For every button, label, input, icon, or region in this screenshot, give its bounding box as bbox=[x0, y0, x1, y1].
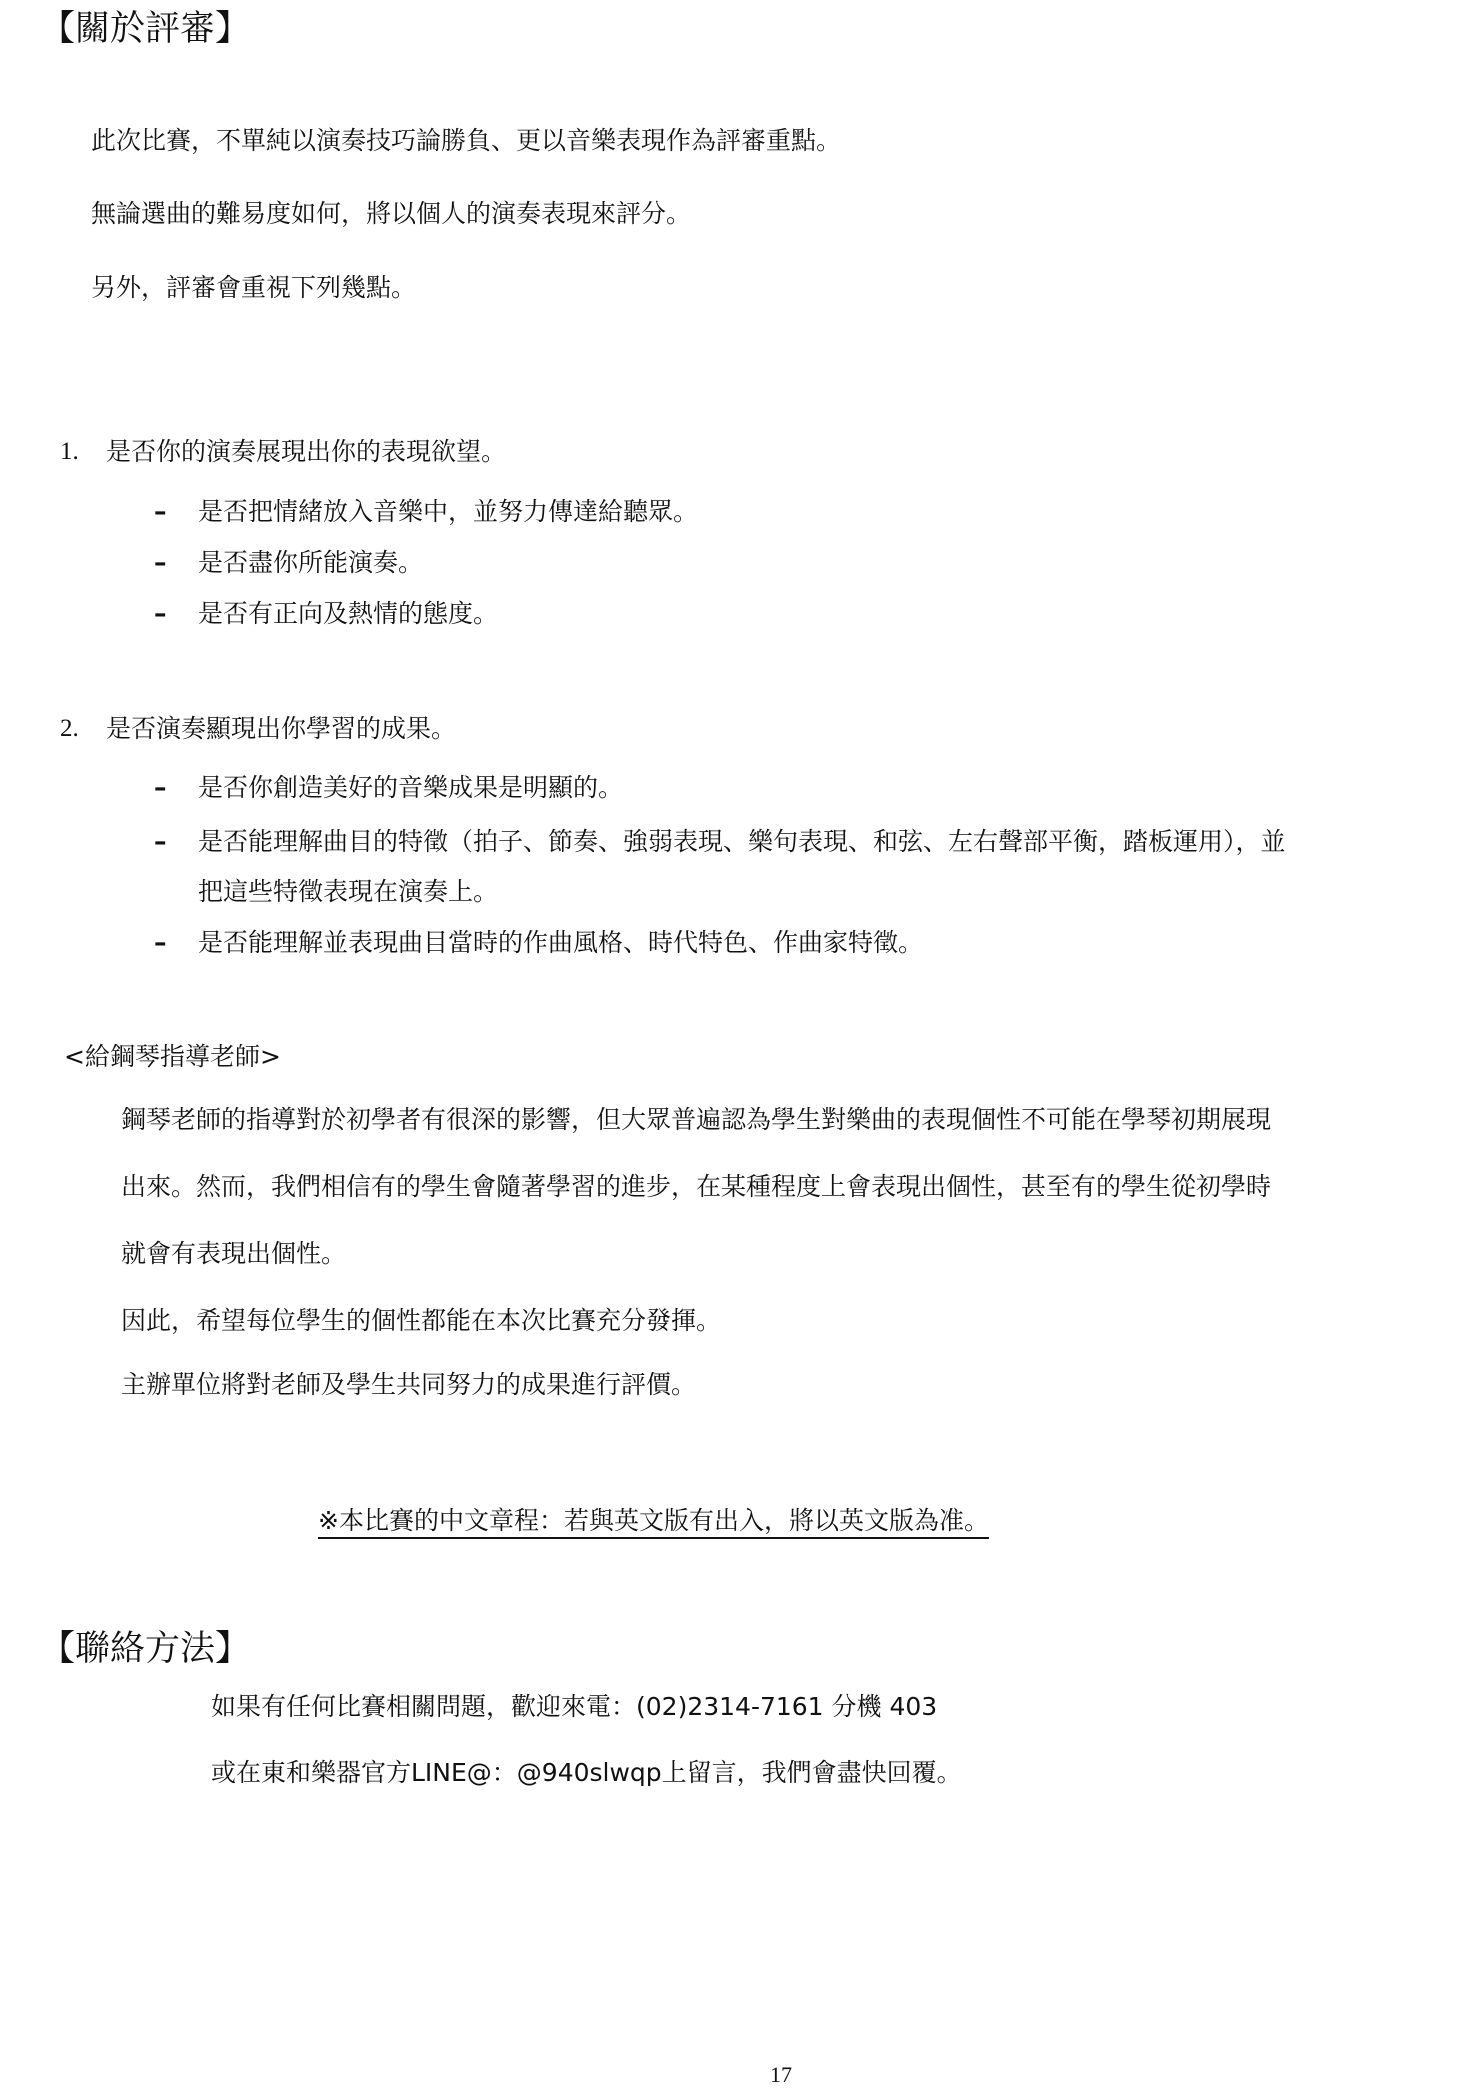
criterion-2-bullet-2-continuation: 把這些特徵表現在演奏上。 bbox=[198, 879, 498, 904]
language-note: ※本比賽的中文章程：若與英文版有出入，將以英文版為准。 bbox=[318, 1508, 989, 1533]
criterion-1-text: 是否你的演奏展現出你的表現欲望。 bbox=[106, 439, 506, 464]
criterion-2-text: 是否演奏顯現出你學習的成果。 bbox=[106, 716, 456, 741]
criterion-1-bullet-2: 是否盡你所能演奏。 bbox=[198, 550, 423, 575]
judging-title: 【關於評審】 bbox=[40, 12, 250, 47]
intro-paragraph-3: 另外，評審會重視下列幾點。 bbox=[91, 275, 416, 300]
teachers-paragraph-line-2: 出來。然而，我們相信有的學生會隨著學習的進步，在某種程度上會表現出個性，甚至有的… bbox=[121, 1174, 1271, 1199]
contact-phone-line: 如果有任何比賽相關問題，歡迎來電：(02)2314-7161 分機 403 bbox=[211, 1694, 937, 1719]
criterion-1-bullet-3: 是否有正向及熱情的態度。 bbox=[198, 601, 498, 626]
criterion-1-number: 1. bbox=[60, 439, 79, 464]
teachers-paragraph-line-1: 鋼琴老師的指導對於初學者有很深的影響，但大眾普遍認為學生對樂曲的表現個性不可能在… bbox=[121, 1107, 1271, 1132]
bullet-dash-icon: – bbox=[154, 930, 167, 955]
bullet-dash-icon: – bbox=[154, 601, 167, 626]
bullet-dash-icon: – bbox=[154, 499, 167, 524]
teachers-line-3: 主辦單位將對老師及學生共同努力的成果進行評價。 bbox=[121, 1372, 696, 1397]
teachers-paragraph-line-3: 就會有表現出個性。 bbox=[121, 1241, 346, 1266]
criterion-2-bullet-3: 是否能理解並表現曲目當時的作曲風格、時代特色、作曲家特徵。 bbox=[198, 930, 923, 955]
bullet-dash-icon: – bbox=[154, 775, 167, 800]
intro-paragraph-1: 此次比賽，不單純以演奏技巧論勝負、更以音樂表現作為評審重點。 bbox=[91, 128, 841, 153]
page-number: 17 bbox=[770, 2064, 792, 2086]
teachers-heading: <給鋼琴指導老師> bbox=[64, 1044, 281, 1069]
criterion-2-bullet-2: 是否能理解曲目的特徵（拍子、節奏、強弱表現、樂句表現、和弦、左右聲部平衡，踏板運… bbox=[198, 829, 1286, 854]
contact-line-line: 或在東和樂器官方LINE@：@940slwqp上留言，我們會盡快回覆。 bbox=[211, 1760, 962, 1785]
bullet-dash-icon: – bbox=[154, 829, 167, 854]
bullet-dash-icon: – bbox=[154, 550, 167, 575]
intro-paragraph-2: 無論選曲的難易度如何，將以個人的演奏表現來評分。 bbox=[91, 201, 691, 226]
criterion-2-number: 2. bbox=[60, 716, 79, 741]
contact-title: 【聯絡方法】 bbox=[40, 1632, 250, 1667]
criterion-2-bullet-1: 是否你創造美好的音樂成果是明顯的。 bbox=[198, 775, 623, 800]
criterion-1-bullet-1: 是否把情緒放入音樂中，並努力傳達給聽眾。 bbox=[198, 499, 698, 524]
teachers-line-2: 因此，希望每位學生的個性都能在本次比賽充分發揮。 bbox=[121, 1308, 721, 1333]
